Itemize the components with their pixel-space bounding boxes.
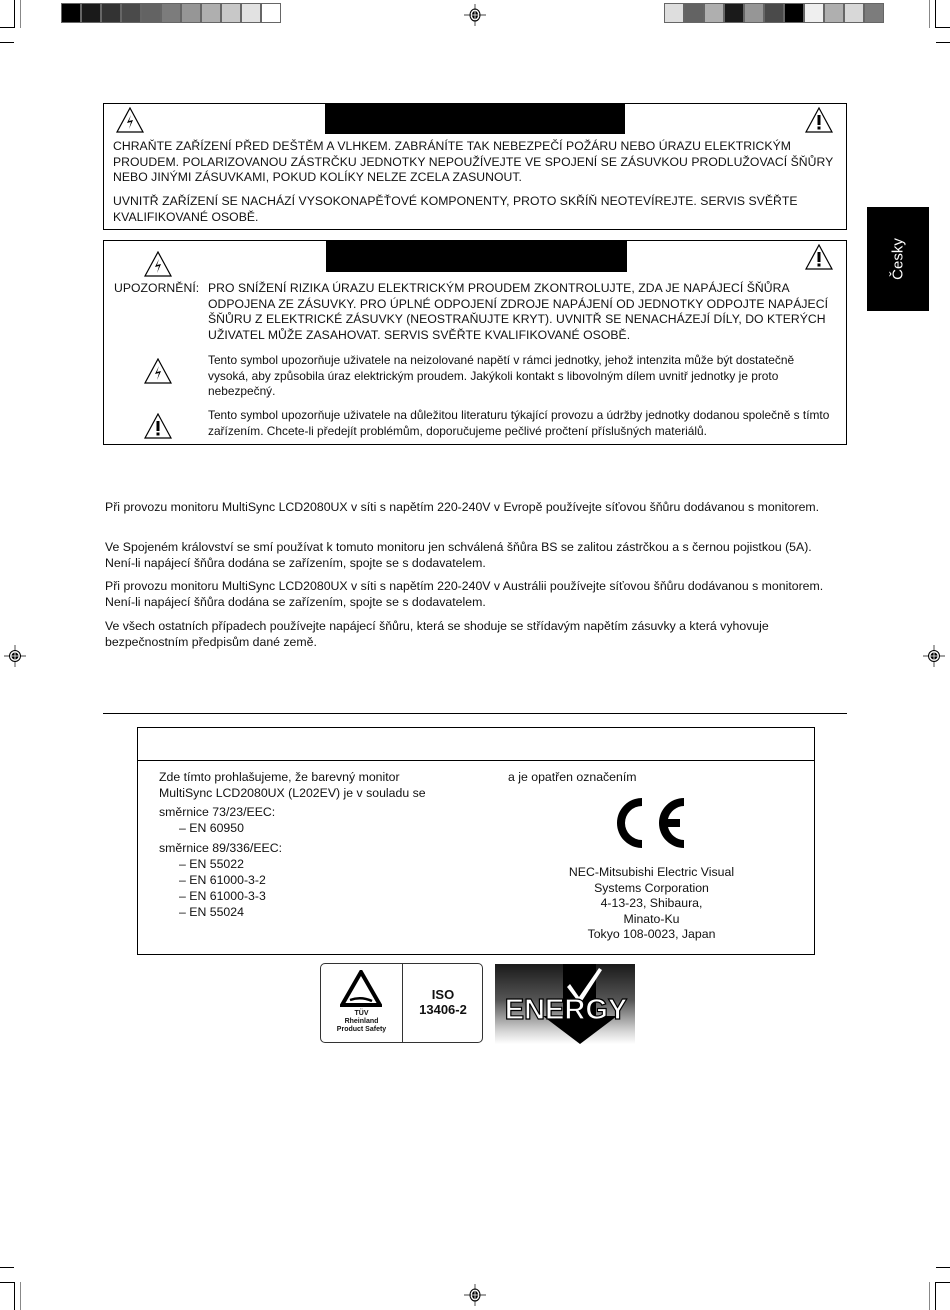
directive-label: směrnice 89/336/EEC: bbox=[159, 840, 282, 856]
power-cord-paragraph: Ve Spojeném království se smí používat k… bbox=[105, 540, 835, 571]
lightning-triangle-icon bbox=[144, 251, 172, 277]
color-swatch bbox=[82, 4, 100, 22]
energy-word: ENERGY bbox=[499, 994, 633, 1027]
color-swatch bbox=[825, 4, 843, 22]
crop-mark bbox=[936, 1282, 950, 1283]
address-line: 4-13-23, Shibaura, bbox=[508, 896, 795, 912]
iso-text: ISO 13406-2 bbox=[403, 987, 483, 1017]
iso-line: 13406-2 bbox=[403, 1002, 483, 1017]
warning-title-bar bbox=[325, 104, 625, 134]
crop-mark bbox=[20, 0, 21, 28]
warning-paragraph: CHRAŇTE ZAŘÍZENÍ PŘED DEŠTĚM A VLHKEM. Z… bbox=[113, 139, 838, 186]
power-cord-paragraph: Ve všech ostatních případech používejte … bbox=[105, 619, 835, 650]
standard-item: – EN 61000-3-3 bbox=[159, 888, 282, 904]
color-swatch bbox=[745, 4, 763, 22]
directive-label: směrnice 73/23/EEC: bbox=[159, 804, 275, 820]
crop-mark bbox=[0, 27, 14, 28]
color-swatch bbox=[142, 4, 160, 22]
exclamation-triangle-icon bbox=[805, 107, 833, 133]
warning-box: CHRAŇTE ZAŘÍZENÍ PŘED DEŠTĚM A VLHKEM. Z… bbox=[103, 103, 847, 230]
registration-mark-icon bbox=[464, 1284, 486, 1306]
color-swatch bbox=[725, 4, 743, 22]
address-line: NEC-Mitsubishi Electric Visual bbox=[508, 865, 795, 881]
caution-box: UPOZORNĚNÍ: PRO SNÍŽENÍ RIZIKA ÚRAZU ELE… bbox=[103, 240, 847, 445]
lightning-triangle-icon bbox=[144, 358, 172, 384]
color-swatch bbox=[182, 4, 200, 22]
lightning-triangle-icon bbox=[116, 107, 144, 133]
crop-mark bbox=[0, 1282, 14, 1283]
tuv-text: TÜV Rheinland Product Safety bbox=[321, 1010, 402, 1034]
address-line: Minato-Ku bbox=[508, 912, 795, 928]
marking-label: a je opatřen označením bbox=[508, 769, 637, 785]
language-tab: Česky bbox=[867, 207, 929, 311]
standard-item: – EN 55024 bbox=[159, 904, 282, 920]
declaration-of-conformity-box: Zde tímto prohlašujeme, že barevný monit… bbox=[137, 727, 815, 955]
caution-label: UPOZORNĚNÍ: bbox=[114, 281, 199, 297]
color-swatch bbox=[242, 4, 260, 22]
standard-item: – EN 55022 bbox=[159, 856, 282, 872]
crop-mark bbox=[929, 0, 930, 28]
color-swatch bbox=[845, 4, 863, 22]
color-swatch bbox=[765, 4, 783, 22]
symbol-explanation: Tento symbol upozorňuje uživatele na důl… bbox=[208, 408, 838, 439]
exclamation-triangle-icon bbox=[144, 413, 172, 439]
color-swatch bbox=[162, 4, 180, 22]
crop-mark bbox=[936, 27, 950, 28]
exclamation-triangle-icon bbox=[805, 244, 833, 270]
registration-mark-icon bbox=[464, 4, 486, 26]
tuv-triangle-icon bbox=[340, 970, 382, 1008]
directive-73-23: směrnice 73/23/EEC: – EN 60950 bbox=[159, 804, 275, 836]
symbol-explanation: Tento symbol upozorňuje uživatele na nei… bbox=[208, 353, 833, 400]
company-address: NEC-Mitsubishi Electric Visual Systems C… bbox=[508, 865, 795, 943]
section-divider bbox=[103, 713, 847, 714]
caution-title-bar bbox=[326, 241, 627, 272]
crop-mark bbox=[20, 1282, 21, 1310]
power-cord-paragraph: Při provozu monitoru MultiSync LCD2080UX… bbox=[105, 579, 835, 610]
standard-item: – EN 60950 bbox=[159, 820, 275, 836]
address-line: Systems Corporation bbox=[508, 881, 795, 897]
crop-mark bbox=[936, 1267, 950, 1268]
registration-mark-icon bbox=[923, 645, 945, 667]
tuv-iso-logo: TÜV Rheinland Product Safety ISO 13406-2 bbox=[320, 963, 483, 1043]
color-swatch bbox=[102, 4, 120, 22]
color-swatch bbox=[122, 4, 140, 22]
declaration-intro-line: Zde tímto prohlašujeme, že barevný monit… bbox=[159, 769, 426, 785]
warning-paragraph: UVNITŘ ZAŘÍZENÍ SE NACHÁZÍ VYSOKONAPĚŤOV… bbox=[113, 194, 813, 225]
color-swatch bbox=[62, 4, 80, 22]
color-swatch bbox=[665, 4, 683, 22]
ce-mark-icon bbox=[612, 795, 688, 851]
language-tab-label: Česky bbox=[890, 238, 907, 280]
standard-item: – EN 61000-3-2 bbox=[159, 872, 282, 888]
crop-mark bbox=[936, 42, 950, 43]
power-cord-paragraph: Při provozu monitoru MultiSync LCD2080UX… bbox=[105, 500, 835, 516]
crop-mark bbox=[0, 1267, 14, 1268]
tuv-line: Product Safety bbox=[321, 1026, 402, 1034]
iso-line: ISO bbox=[403, 987, 483, 1002]
color-calibration-bar-right bbox=[664, 3, 884, 23]
color-swatch bbox=[222, 4, 240, 22]
directive-89-336: směrnice 89/336/EEC: – EN 55022 – EN 610… bbox=[159, 840, 282, 920]
tuv-line: Rheinland bbox=[321, 1018, 402, 1026]
declaration-intro-line: MultiSync LCD2080UX (L202EV) je v soulad… bbox=[159, 785, 426, 801]
tuv-line: TÜV bbox=[321, 1010, 402, 1018]
crop-mark bbox=[14, 0, 15, 28]
registration-mark-icon bbox=[4, 645, 26, 667]
declaration-header bbox=[138, 728, 814, 761]
caution-text: PRO SNÍŽENÍ RIZIKA ÚRAZU ELEKTRICKÝM PRO… bbox=[208, 281, 838, 343]
color-swatch bbox=[805, 4, 823, 22]
crop-mark bbox=[935, 1282, 936, 1310]
crop-mark bbox=[0, 42, 14, 43]
address-line: Tokyo 108-0023, Japan bbox=[508, 927, 795, 943]
color-swatch bbox=[785, 4, 803, 22]
crop-mark bbox=[935, 0, 936, 28]
color-swatch bbox=[685, 4, 703, 22]
color-swatch bbox=[262, 4, 280, 22]
color-swatch bbox=[705, 4, 723, 22]
crop-mark bbox=[14, 1282, 15, 1310]
color-swatch bbox=[202, 4, 220, 22]
crop-mark bbox=[929, 1282, 930, 1310]
declaration-intro: Zde tímto prohlašujeme, že barevný monit… bbox=[159, 769, 426, 801]
color-calibration-bar-left bbox=[61, 3, 281, 23]
energy-logo: ENERGY bbox=[495, 964, 635, 1044]
color-swatch bbox=[865, 4, 883, 22]
